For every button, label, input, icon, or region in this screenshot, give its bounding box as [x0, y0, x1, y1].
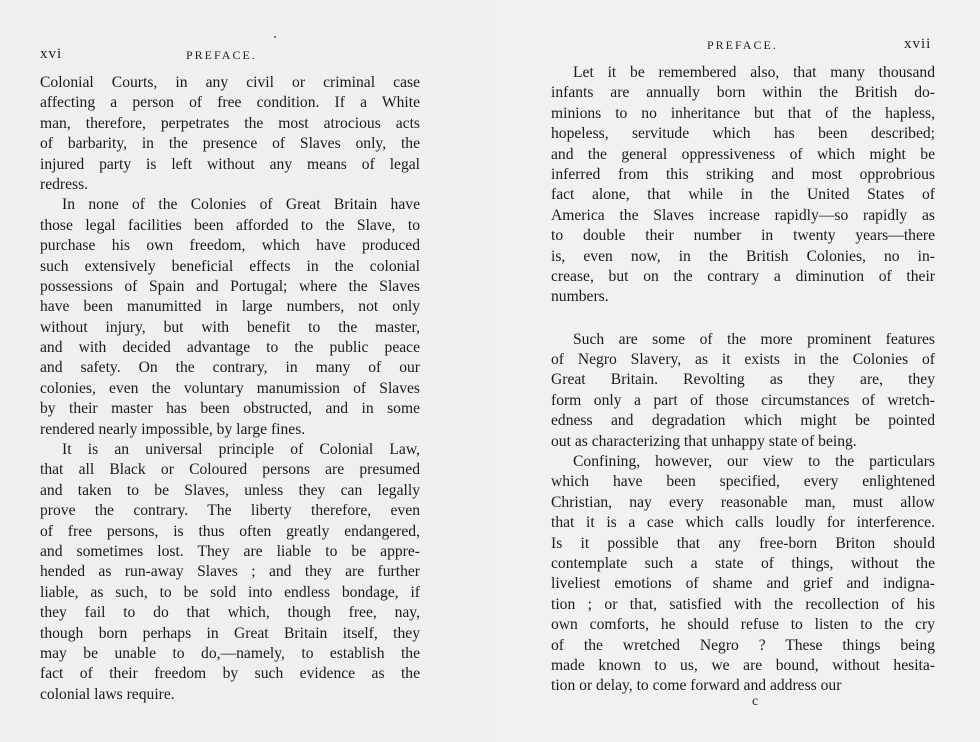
text-line: which have been specified, every enlight…: [551, 472, 935, 492]
text-line: that all Black or Coloured persons are p…: [40, 460, 420, 480]
text-line: of Negro Slavery, as it exists in the Co…: [551, 350, 935, 370]
text-line: fact alone, that while in the United Sta…: [551, 185, 935, 205]
text-line: own comforts, he should refuse to listen…: [551, 615, 935, 635]
text-line: tion ; or that, satisfied with the recol…: [551, 595, 935, 615]
text-line: those legal facilities been afforded to …: [40, 216, 420, 236]
text-line: that it is a case which calls loudly for…: [551, 513, 935, 533]
running-head: PREFACE.: [186, 48, 257, 63]
paragraph: Confining, however, our view to the part…: [551, 452, 935, 697]
text-line: may be unable to do,—namely, to establis…: [40, 644, 420, 664]
text-line: Colonial Courts, in any civil or crimina…: [40, 73, 420, 93]
text-line: is, even now, in the British Colonies, n…: [551, 247, 935, 267]
text-line: minions to no inheritance but that of th…: [551, 104, 935, 124]
text-line: liveliest emotions of shame and grief an…: [551, 574, 935, 594]
paragraph-gap: [551, 308, 935, 330]
scan-speck: [274, 36, 276, 38]
book-spread: xvi PREFACE. Colonial Courts, in any civ…: [0, 0, 980, 742]
text-line: without injury, but with benefit to the …: [40, 318, 420, 338]
text-line: such extensively beneficial effects in t…: [40, 257, 420, 277]
text-line: and safety. On the contrary, in many of …: [40, 358, 420, 378]
text-line: fact of their freedom by such evidence a…: [40, 664, 420, 684]
text-line: hopeless, servitude which has been descr…: [551, 124, 935, 144]
text-line: form only a part of those circumstances …: [551, 391, 935, 411]
text-line: infants are annually born within the Bri…: [551, 83, 935, 103]
page-number: xvii: [904, 36, 931, 53]
paragraph: In none of the Colonies of Great Britain…: [40, 195, 420, 440]
right-page: PREFACE. xvii Let it be remembered also,…: [490, 0, 980, 742]
text-line: redress.: [40, 175, 420, 195]
text-line: colonial laws require.: [40, 685, 420, 705]
text-line: numbers.: [551, 287, 935, 307]
paragraph: Colonial Courts, in any civil or crimina…: [40, 73, 420, 195]
text-line: Great Britain. Revolting as they are, th…: [551, 370, 935, 390]
left-page-text: Colonial Courts, in any civil or crimina…: [40, 73, 420, 705]
text-line: liable, as such, to be sold into endless…: [40, 583, 420, 603]
text-line: affecting a person of free condition. If…: [40, 93, 420, 113]
text-line: have been manumitted in large numbers, n…: [40, 297, 420, 317]
paragraph: It is an universal principle of Colonial…: [40, 440, 420, 705]
paragraph: Let it be remembered also, that many tho…: [551, 63, 935, 308]
text-line: hended as run-away Slaves ; and they are…: [40, 562, 420, 582]
text-line: of barbarity, in the presence of Slaves …: [40, 134, 420, 154]
text-line: prove the contrary. The liberty therefor…: [40, 501, 420, 521]
text-line: man, therefore, perpetrates the most atr…: [40, 114, 420, 134]
signature-mark: c: [752, 694, 758, 710]
text-line: edness and degradation which might be po…: [551, 411, 935, 431]
text-line: America the Slaves increase rapidly—so r…: [551, 206, 935, 226]
text-line: Confining, however, our view to the part…: [551, 452, 935, 472]
page-number: xvi: [40, 46, 62, 63]
text-line: by their master has been obstructed, and…: [40, 399, 420, 419]
text-line: crease, but on the contrary a diminution…: [551, 267, 935, 287]
text-line: made known to us, we are bound, without …: [551, 656, 935, 676]
text-line: and taken to be Slaves, unless they can …: [40, 481, 420, 501]
text-line: tion or delay, to come forward and addre…: [551, 676, 935, 696]
text-line: Is it possible that any free-born Briton…: [551, 534, 935, 554]
text-line: and sometimes lost. They are liable to b…: [40, 542, 420, 562]
text-line: and the general oppressiveness of which …: [551, 145, 935, 165]
text-line: of free persons, is thus often greatly e…: [40, 522, 420, 542]
text-line: Christian, nay every reasonable man, mus…: [551, 493, 935, 513]
text-line: Such are some of the more prominent feat…: [551, 330, 935, 350]
text-line: and with decided advantage to the public…: [40, 338, 420, 358]
text-line: contemplate such a state of things, with…: [551, 554, 935, 574]
left-page: xvi PREFACE. Colonial Courts, in any civ…: [0, 0, 490, 742]
running-head: PREFACE.: [707, 38, 778, 53]
text-line: Let it be remembered also, that many tho…: [551, 63, 935, 83]
text-line: of the wretched Negro ? These things bei…: [551, 636, 935, 656]
text-line: possessions of Spain and Portugal; where…: [40, 277, 420, 297]
text-line: to double their number in twenty years—t…: [551, 226, 935, 246]
text-line: rendered nearly impossible, by large fin…: [40, 420, 420, 440]
text-line: injured party is left without any means …: [40, 155, 420, 175]
text-line: It is an universal principle of Colonial…: [40, 440, 420, 460]
text-line: out as characterizing that unhappy state…: [551, 432, 935, 452]
right-page-text: Let it be remembered also, that many tho…: [551, 63, 935, 697]
paragraph: Such are some of the more prominent feat…: [551, 330, 935, 452]
text-line: though born perhaps in Great Britain its…: [40, 624, 420, 644]
text-line: inferred from this striking and most opp…: [551, 165, 935, 185]
text-line: colonies, even the voluntary manumission…: [40, 379, 420, 399]
text-line: they fail to do that which, though free,…: [40, 603, 420, 623]
text-line: purchase his own freedom, which have pro…: [40, 236, 420, 256]
text-line: In none of the Colonies of Great Britain…: [40, 195, 420, 215]
